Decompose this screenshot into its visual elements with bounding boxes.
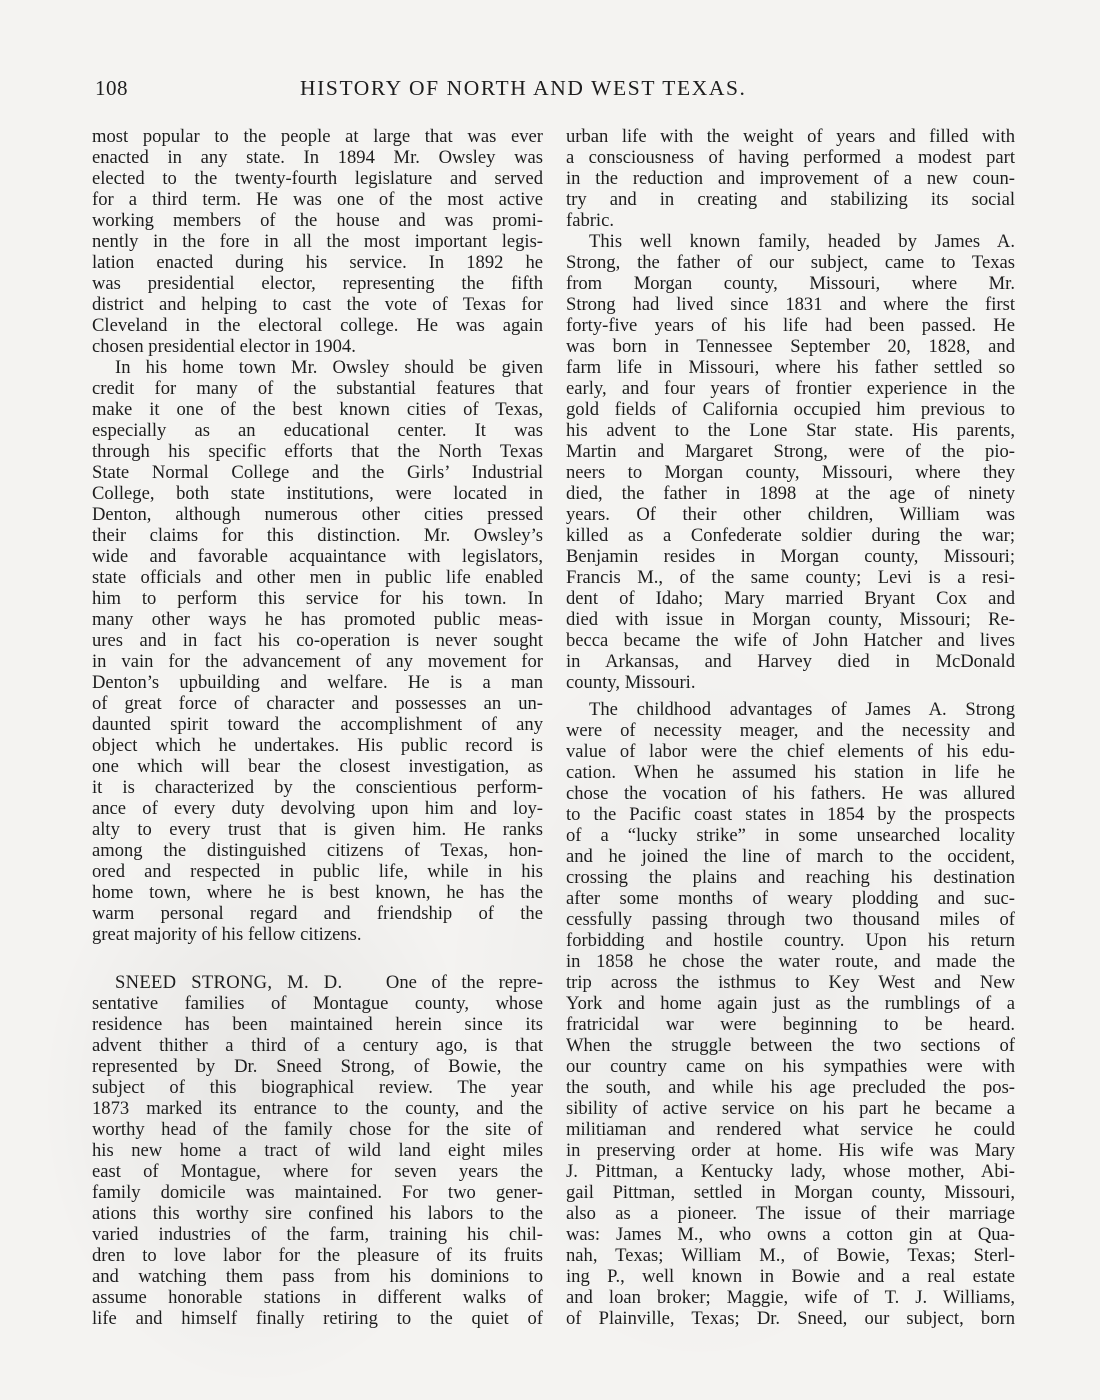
text-line: try and in creating and stabilizing its …	[566, 189, 1015, 210]
text-line: his new home a tract of wild land eight …	[92, 1140, 543, 1161]
paragraph-owsley-hometown: In his home town Mr. Owsley should be gi…	[92, 357, 543, 945]
text-line: urban life with the weight of years and …	[566, 126, 1015, 147]
text-line: Francis M., of the same county; Levi is …	[566, 567, 1015, 588]
text-line: of a “lucky strike” in some unsearched l…	[566, 825, 1015, 846]
page-number: 108	[95, 76, 128, 101]
text-line: ance of every duty devolving upon him an…	[92, 798, 543, 819]
paragraph-sneed-strong-intro: SNEED STRONG, M. D. One of the repre- se…	[92, 972, 543, 1329]
text-line: most popular to the people at large that…	[92, 126, 543, 147]
text-line: family domicile was maintained. For two …	[92, 1182, 543, 1203]
text-line: chose the vocation of his fathers. He wa…	[566, 783, 1015, 804]
text-line: dent of Idaho; Mary married Bryant Cox a…	[566, 588, 1015, 609]
text-line: ored and respected in public life, while…	[92, 861, 543, 882]
text-line: represented by Dr. Sneed Strong, of Bowi…	[92, 1056, 543, 1077]
text-line: was: James M., who owns a cotton gin at …	[566, 1224, 1015, 1245]
text-line: a consciousness of having performed a mo…	[566, 147, 1015, 168]
text-line: trip across the isthmus to Key West and …	[566, 972, 1015, 993]
text-line: College, both state institutions, were l…	[92, 483, 543, 504]
text-line: him to perform this service for his town…	[92, 588, 543, 609]
text-line: worthy head of the family chose for the …	[92, 1119, 543, 1140]
text-line: in preserving order at home. His wife wa…	[566, 1140, 1015, 1161]
text-line: Strong had lived since 1831 and where th…	[566, 294, 1015, 315]
text-line: for a third term. He was one of the most…	[92, 189, 543, 210]
text-line: sibility of active service on his part h…	[566, 1098, 1015, 1119]
text-line: killed as a Confederate soldier during t…	[566, 525, 1015, 546]
text-line: ures and in fact his co-operation is nev…	[92, 630, 543, 651]
text-line: their claims for this distinction. Mr. O…	[92, 525, 543, 546]
paragraph-james-strong-childhood: The childhood advantages of James A. Str…	[566, 699, 1015, 1329]
text-line: also as a pioneer. The issue of their ma…	[566, 1203, 1015, 1224]
text-line: neers to Morgan county, Missouri, where …	[566, 462, 1015, 483]
text-line: credit for many of the substantial featu…	[92, 378, 543, 399]
text-line: residence has been maintained herein sin…	[92, 1014, 543, 1035]
text-line: life and himself finally retiring to the…	[92, 1308, 543, 1329]
text-line: Denton, although numerous other cities p…	[92, 504, 543, 525]
text-fragment: One of the repre-	[386, 972, 543, 993]
text-line: state officials and other men in public …	[92, 567, 543, 588]
text-line: becca became the wife of John Hatcher an…	[566, 630, 1015, 651]
text-line: make it one of the best known cities of …	[92, 399, 543, 420]
text-line: In his home town Mr. Owsley should be gi…	[92, 357, 543, 378]
text-line: Strong, the father of our subject, came …	[566, 252, 1015, 273]
text-line: and watching them pass from his dominion…	[92, 1266, 543, 1287]
text-line: Denton’s upbuilding and welfare. He is a…	[92, 672, 543, 693]
left-column: most popular to the people at large that…	[92, 126, 543, 1329]
text-line: died with issue in Morgan county, Missou…	[566, 609, 1015, 630]
text-line: ing P., well known in Bowie and a real e…	[566, 1266, 1015, 1287]
text-line: years. Of their other children, William …	[566, 504, 1015, 525]
text-line: died, the father in 1898 at the age of n…	[566, 483, 1015, 504]
text-line: cation. When he assumed his station in l…	[566, 762, 1015, 783]
text-line: was presidential elector, representing t…	[92, 273, 543, 294]
text-line: many other ways he has promoted public m…	[92, 609, 543, 630]
text-line: his advent to the Lone Star state. His p…	[566, 420, 1015, 441]
text-line: SNEED STRONG, M. D. One of the repre-	[92, 972, 543, 993]
paragraph-strong-family: This well known family, headed by James …	[566, 231, 1015, 693]
text-line: among the distinguished citizens of Texa…	[92, 840, 543, 861]
text-line: home town, where he is best known, he ha…	[92, 882, 543, 903]
text-line: Benjamin resides in Morgan county, Misso…	[566, 546, 1015, 567]
text-line: enacted in any state. In 1894 Mr. Owsley…	[92, 147, 543, 168]
text-line: warm personal regard and friendship of t…	[92, 903, 543, 924]
text-line: it is characterized by the conscientious…	[92, 777, 543, 798]
text-line: crossing the plains and reaching his des…	[566, 867, 1015, 888]
text-line: nah, Texas; William M., of Bowie, Texas;…	[566, 1245, 1015, 1266]
text-line: gold fields of California occupied him p…	[566, 399, 1015, 420]
running-title: HISTORY OF NORTH AND WEST TEXAS.	[300, 76, 747, 101]
text-line: fratricidal war were beginning to be hea…	[566, 1014, 1015, 1035]
text-line: and he joined the line of march to the o…	[566, 846, 1015, 867]
text-line: especially as an educational center. It …	[92, 420, 543, 441]
text-line: fabric.	[566, 210, 1015, 231]
text-line: farm life in Missouri, where his father …	[566, 357, 1015, 378]
text-line: J. Pittman, a Kentucky lady, whose mothe…	[566, 1161, 1015, 1182]
text-line: 1873 marked its entrance to the county, …	[92, 1098, 543, 1119]
text-line: Martin and Margaret Strong, were of the …	[566, 441, 1015, 462]
text-line: in Arkansas, and Harvey died in McDonald	[566, 651, 1015, 672]
text-line: nently in the fore in all the most impor…	[92, 231, 543, 252]
section-gap	[92, 945, 543, 966]
text-line: after some months of weary plodding and …	[566, 888, 1015, 909]
text-line: east of Montague, where for seven years …	[92, 1161, 543, 1182]
text-line: object which he undertakes. His public r…	[92, 735, 543, 756]
text-line: subject of this biographical review. The…	[92, 1077, 543, 1098]
text-line: chosen presidential elector in 1904.	[92, 336, 543, 357]
text-line: lation enacted during his service. In 18…	[92, 252, 543, 273]
text-line: in 1858 he chose the water route, and ma…	[566, 951, 1015, 972]
text-line: This well known family, headed by James …	[566, 231, 1015, 252]
text-line: district and helping to cast the vote of…	[92, 294, 543, 315]
text-line: gail Pittman, settled in Morgan county, …	[566, 1182, 1015, 1203]
text-line: county, Missouri.	[566, 672, 1015, 693]
text-line: working members of the house and was pro…	[92, 210, 543, 231]
text-line: Cleveland in the electoral college. He w…	[92, 315, 543, 336]
paragraph-urban-life: urban life with the weight of years and …	[566, 126, 1015, 231]
text-line: of Plainville, Texas; Dr. Sneed, our sub…	[566, 1308, 1015, 1329]
text-line: ations this worthy sire confined his lab…	[92, 1203, 543, 1224]
text-line: forty-five years of his life had been pa…	[566, 315, 1015, 336]
page-header: 108 HISTORY OF NORTH AND WEST TEXAS.	[0, 76, 1100, 104]
text-line: in vain for the advancement of any movem…	[92, 651, 543, 672]
text-line: from Morgan county, Missouri, where Mr.	[566, 273, 1015, 294]
paragraph-owsley-legislature: most popular to the people at large that…	[92, 126, 543, 357]
text-line: When the struggle between the two sectio…	[566, 1035, 1015, 1056]
text-line: great majority of his fellow citizens.	[92, 924, 543, 945]
text-line: were of necessity meager, and the necess…	[566, 720, 1015, 741]
text-line: elected to the twenty-fourth legislature…	[92, 168, 543, 189]
text-line: alty to every trust that is given him. H…	[92, 819, 543, 840]
text-line: and loan broker; Maggie, wife of T. J. W…	[566, 1287, 1015, 1308]
text-line: our country came on his sympathies were …	[566, 1056, 1015, 1077]
text-line: varied industries of the farm, training …	[92, 1224, 543, 1245]
text-line: dren to love labor for the pleasure of i…	[92, 1245, 543, 1266]
text-line: the south, and while his age precluded t…	[566, 1077, 1015, 1098]
text-line: assume honorable stations in different w…	[92, 1287, 543, 1308]
text-line: militiaman and rendered what service he …	[566, 1119, 1015, 1140]
text-line: State Normal College and the Girls’ Indu…	[92, 462, 543, 483]
text-line: one which will bear the closest investig…	[92, 756, 543, 777]
text-line: sentative families of Montague county, w…	[92, 993, 543, 1014]
text-line: York and home again just as the rumbling…	[566, 993, 1015, 1014]
book-page: 108 HISTORY OF NORTH AND WEST TEXAS. mos…	[0, 0, 1100, 1400]
text-line: cessfully passing through two thousand m…	[566, 909, 1015, 930]
text-line: wide and favorable acquaintance with leg…	[92, 546, 543, 567]
text-line: value of labor were the chief elements o…	[566, 741, 1015, 762]
text-line: The childhood advantages of James A. Str…	[566, 699, 1015, 720]
text-line: to the Pacific coast states in 1854 by t…	[566, 804, 1015, 825]
text-line: in the reduction and improvement of a ne…	[566, 168, 1015, 189]
text-line: advent thither a third of a century ago,…	[92, 1035, 543, 1056]
text-line: of great force of character and possesse…	[92, 693, 543, 714]
text-line: forbidding and hostile country. Upon his…	[566, 930, 1015, 951]
biography-subject-name: SNEED STRONG, M. D.	[115, 972, 342, 993]
text-line: daunted spirit toward the accomplishment…	[92, 714, 543, 735]
text-line: early, and four years of frontier experi…	[566, 378, 1015, 399]
text-line: through his specific efforts that the No…	[92, 441, 543, 462]
right-column: urban life with the weight of years and …	[566, 126, 1015, 1329]
text-line: was born in Tennessee September 20, 1828…	[566, 336, 1015, 357]
